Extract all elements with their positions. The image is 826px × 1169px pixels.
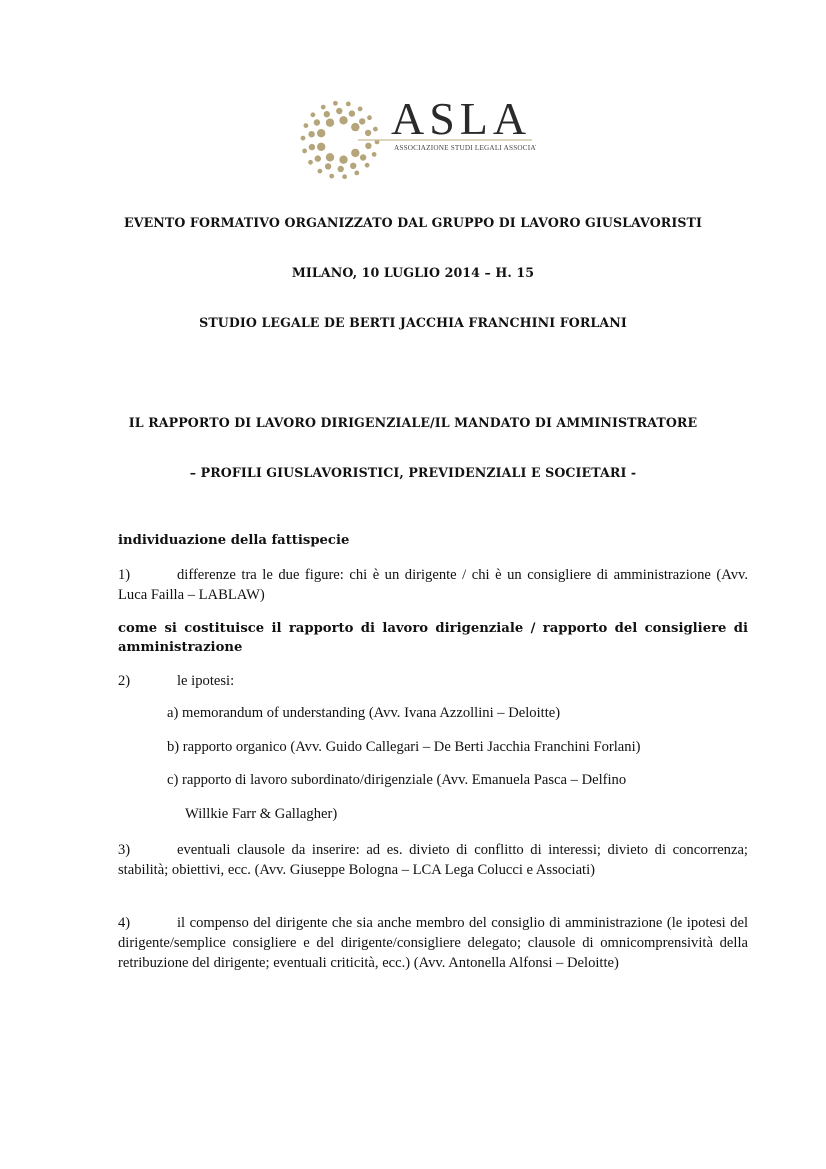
sunburst-logo-icon: ASLA ASSOCIAZIONE STUDI LEGALI ASSOCIATI	[296, 96, 536, 184]
item-text: eventuali clausole da inserire: ad es. d…	[118, 842, 748, 878]
item-number: 2)	[118, 671, 177, 691]
item-text: il compenso del dirigente che sia anche …	[118, 915, 748, 971]
sub-item-c-continuation: Willkie Farr & Gallagher)	[185, 806, 337, 823]
document-title: IL RAPPORTO DI LAVORO DIRIGENZIALE/IL MA…	[0, 415, 826, 430]
section-heading-fattispecie: individuazione della fattispecie	[118, 531, 748, 550]
item-number: 3)	[118, 840, 177, 860]
item-text: le ipotesi:	[177, 673, 234, 689]
event-title: EVENTO FORMATIVO ORGANIZZATO DAL GRUPPO …	[0, 215, 826, 230]
document-page: ASLA ASSOCIAZIONE STUDI LEGALI ASSOCIATI…	[0, 0, 826, 1169]
item-number: 4)	[118, 913, 177, 933]
asla-logo: ASLA ASSOCIAZIONE STUDI LEGALI ASSOCIATI	[296, 96, 536, 184]
agenda-item-3: 3)eventuali clausole da inserire: ad es.…	[118, 840, 748, 880]
agenda-item-4: 4)il compenso del dirigente che sia anch…	[118, 913, 748, 973]
event-date: MILANO, 10 LUGLIO 2014 – H. 15	[0, 265, 826, 280]
document-subtitle: – PROFILI GIUSLAVORISTICI, PREVIDENZIALI…	[0, 465, 826, 480]
sub-item-a: a) memorandum of understanding (Avv. Iva…	[167, 705, 560, 722]
section-heading-costituzione: come si costituisce il rapporto di lavor…	[118, 619, 748, 657]
item-text: differenze tra le due figure: chi è un d…	[118, 567, 748, 603]
event-venue: STUDIO LEGALE DE BERTI JACCHIA FRANCHINI…	[0, 315, 826, 330]
item-number: 1)	[118, 565, 177, 585]
svg-text:ASLA: ASLA	[391, 96, 531, 144]
sub-item-c: c) rapporto di lavoro subordinato/dirige…	[167, 772, 626, 789]
agenda-item-2: 2)le ipotesi:	[118, 671, 748, 691]
svg-text:ASSOCIAZIONE STUDI LEGALI ASSO: ASSOCIAZIONE STUDI LEGALI ASSOCIATI	[394, 144, 536, 152]
agenda-item-1: 1)differenze tra le due figure: chi è un…	[118, 565, 748, 605]
sub-item-b: b) rapporto organico (Avv. Guido Callega…	[167, 739, 640, 756]
